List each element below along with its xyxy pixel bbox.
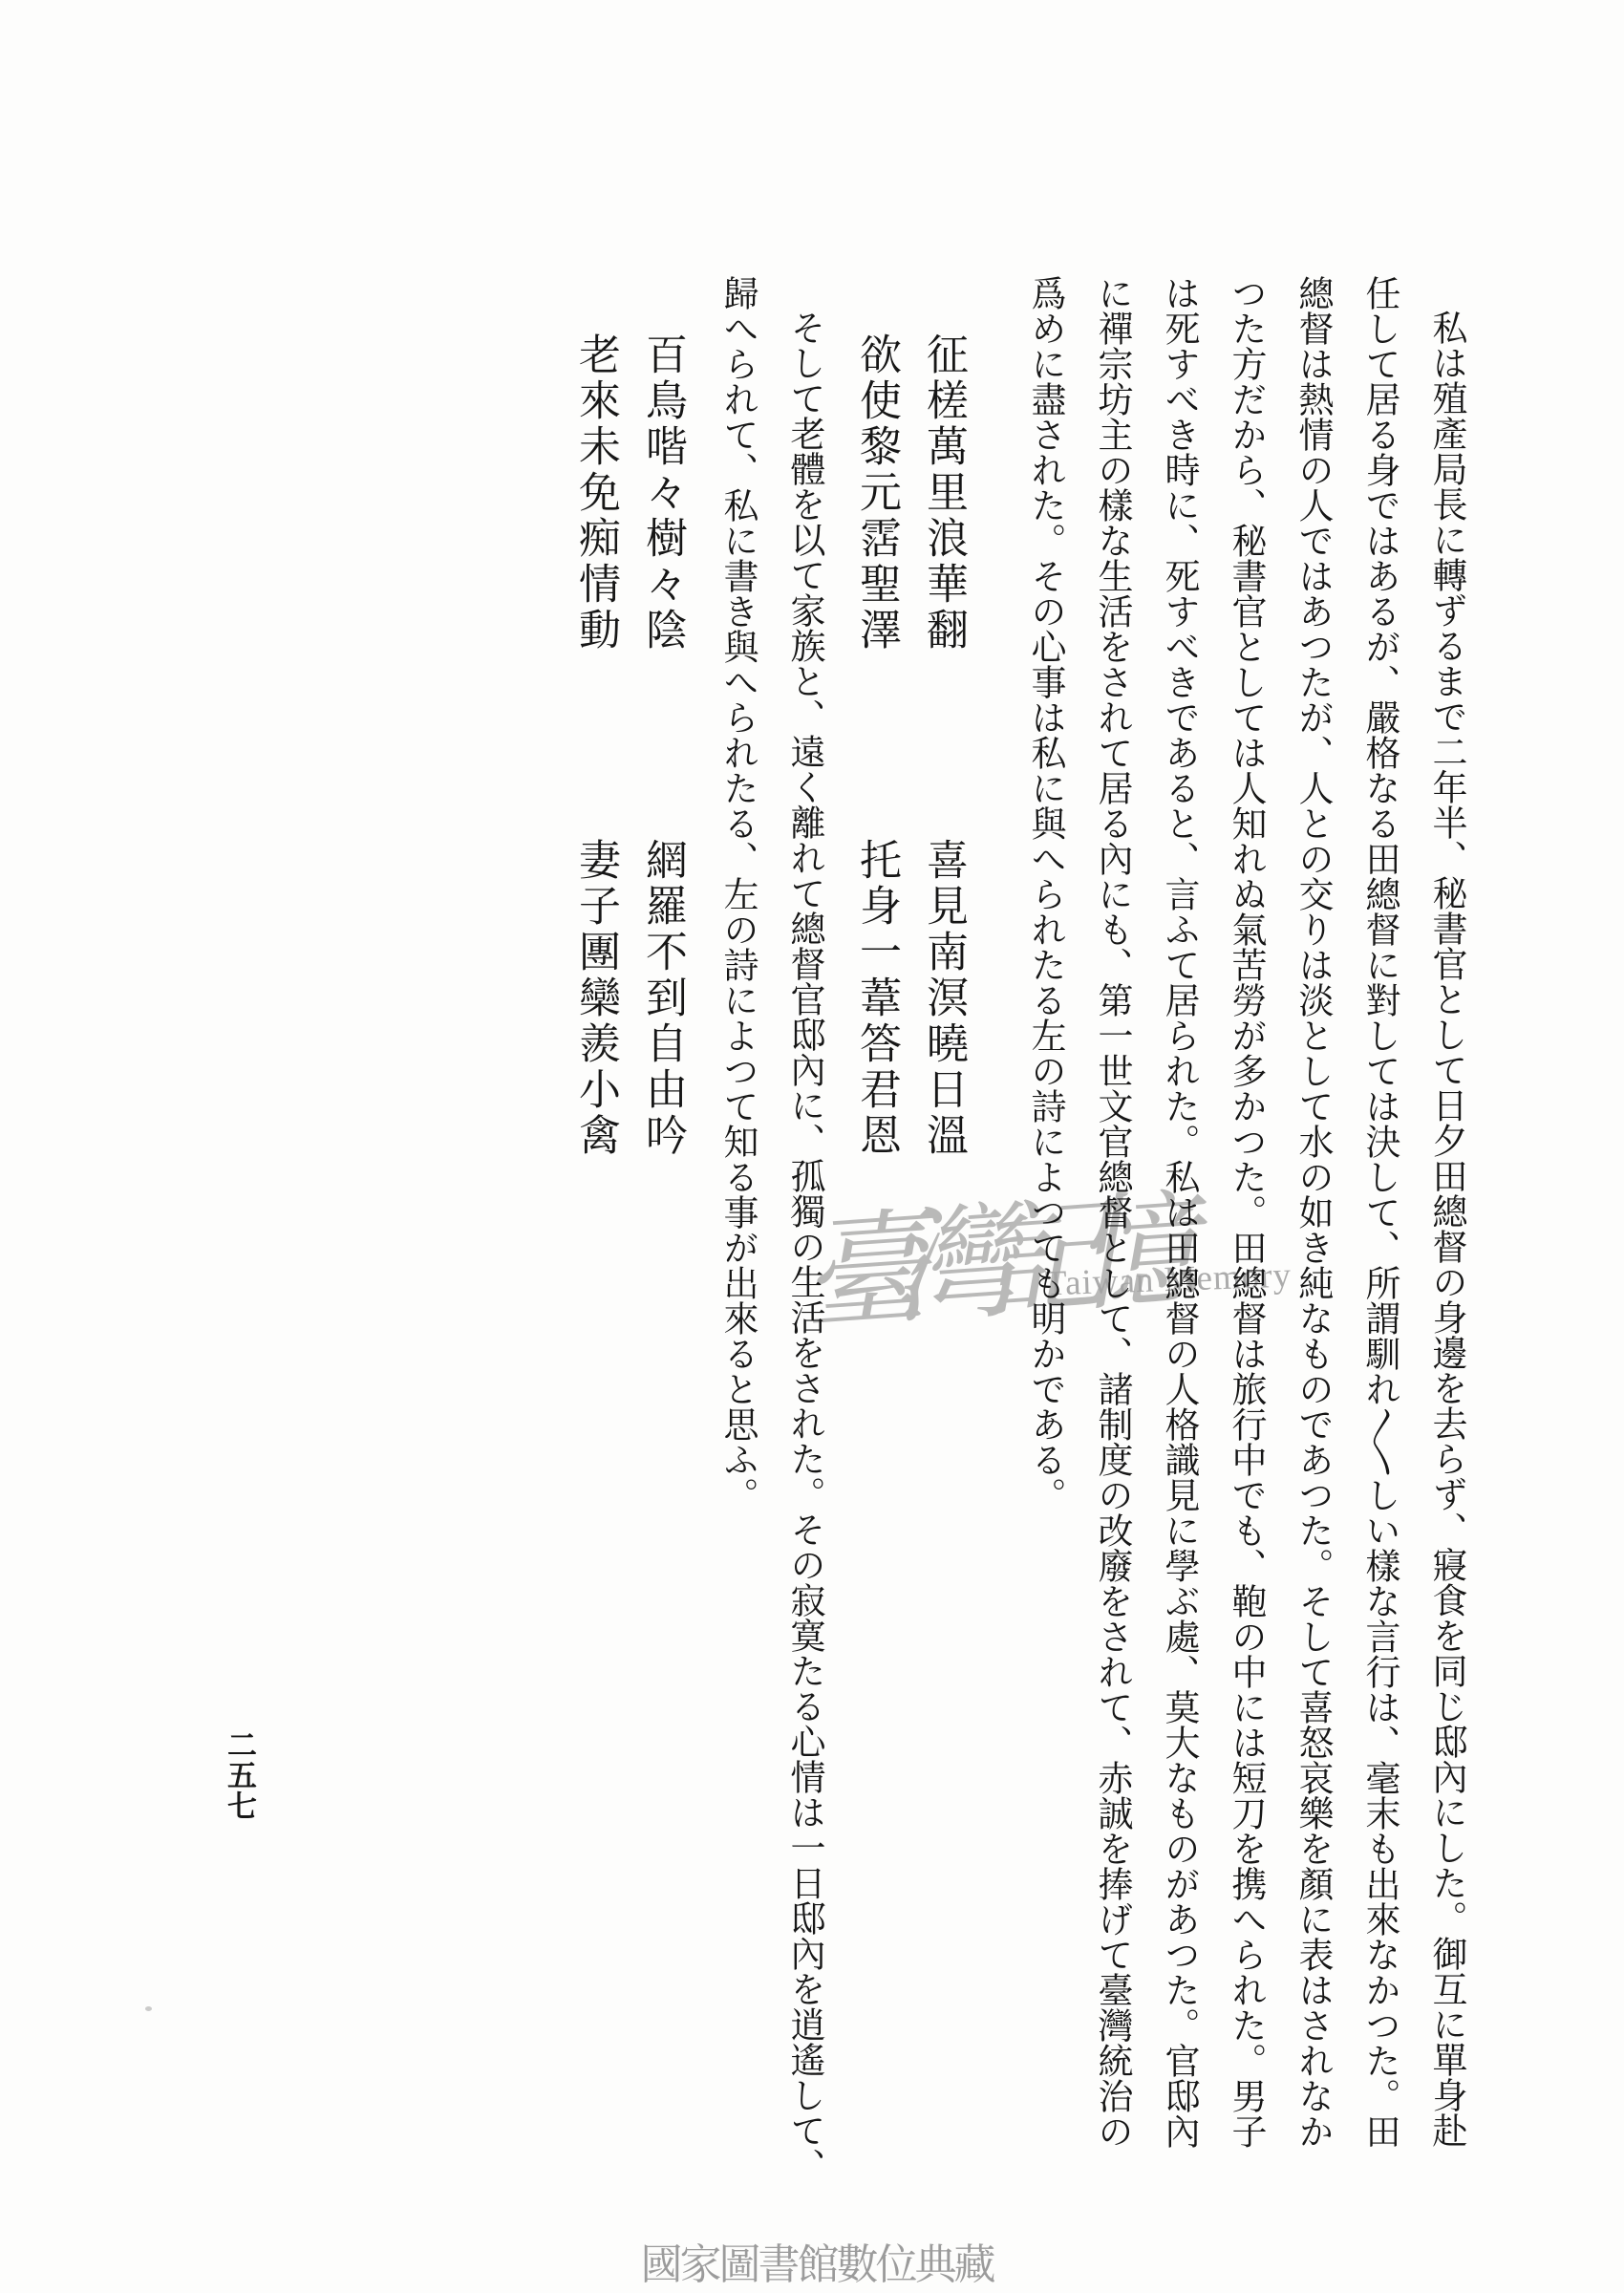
scan-speck <box>145 2006 152 2011</box>
poem-line: 妻子團欒羨小禽 <box>572 838 619 1159</box>
text-column: は死すべき時に、死すべきであると、言ふて居られた。私は田總督の人格識見に學ぶ處、… <box>1144 275 1211 2200</box>
poem-line: 喜見南溟曉日溫 <box>920 838 967 1159</box>
text-column: そして老體を以て家族と、遠く離れて總督官邸內に、孤獨の生活をされた。その寂寞たる… <box>770 275 837 2200</box>
poem-line: 征槎萬里浪華翻 <box>920 332 967 654</box>
main-text-block: 私は殖產局長に轉ずるまで二年半、秘書官として日夕田總督の身邊を去らず、寢食を同じ… <box>562 275 1479 2200</box>
poem-line: 托身一葦答君恩 <box>853 838 900 1159</box>
text-column: 任して居る身ではあるが、嚴格なる田總督に對しては決して、所謂馴れ〱しい樣な言行は… <box>1345 275 1412 2200</box>
poem-gap <box>595 654 596 838</box>
poem-column: 征槎萬里浪華翻喜見南溟曉日溫 <box>909 275 976 2200</box>
text-column: 歸へられて、私に書き與へられたる、左の詩によつて知る事が出來ると思ふ。 <box>703 275 770 2200</box>
text-column: 爲めに盡された。その心事は私に與へられたる左の詩によつても明かである。 <box>1011 275 1078 2200</box>
poem-line: 老來未免痴情動 <box>572 332 619 654</box>
poem-gap <box>662 654 663 838</box>
poem-column: 百鳥喈々樹々陰網羅不到自由吟 <box>629 275 695 2200</box>
poem-line: 欲使黎元霑聖澤 <box>853 332 900 654</box>
text-column: 私は殖產局長に轉ずるまで二年半、秘書官として日夕田總督の身邊を去らず、寢食を同じ… <box>1412 275 1479 2200</box>
footer-caption: 國家圖書館數位典藏 <box>641 2230 994 2291</box>
text-column: 總督は熱情の人ではあつたが、人との交りは淡として水の如き純なものであつた。そして… <box>1278 275 1345 2200</box>
text-column: に禪宗坊主の樣な生活をされて居る內にも、第一世文官總督として、諸制度の改廢をされ… <box>1078 275 1144 2200</box>
poem-line: 網羅不到自由吟 <box>639 838 686 1159</box>
text-column: つた方だから、秘書官としては人知れぬ氣苦勞が多かつた。田總督は旅行中でも、鞄の中… <box>1211 275 1278 2200</box>
page-number: 二五七 <box>218 1729 261 1821</box>
poem-line: 百鳥喈々樹々陰 <box>639 332 686 654</box>
book-page-scan: 臺灣記憶 Taiwan Memory 私は殖產局長に轉ずるまで二年半、秘書官とし… <box>0 0 1624 2293</box>
poem-column: 欲使黎元霑聖澤托身一葦答君恩 <box>843 275 909 2200</box>
poem-gap <box>943 654 944 838</box>
poem-gap <box>876 654 877 838</box>
poem-column: 老來未免痴情動妻子團欒羨小禽 <box>562 275 629 2200</box>
